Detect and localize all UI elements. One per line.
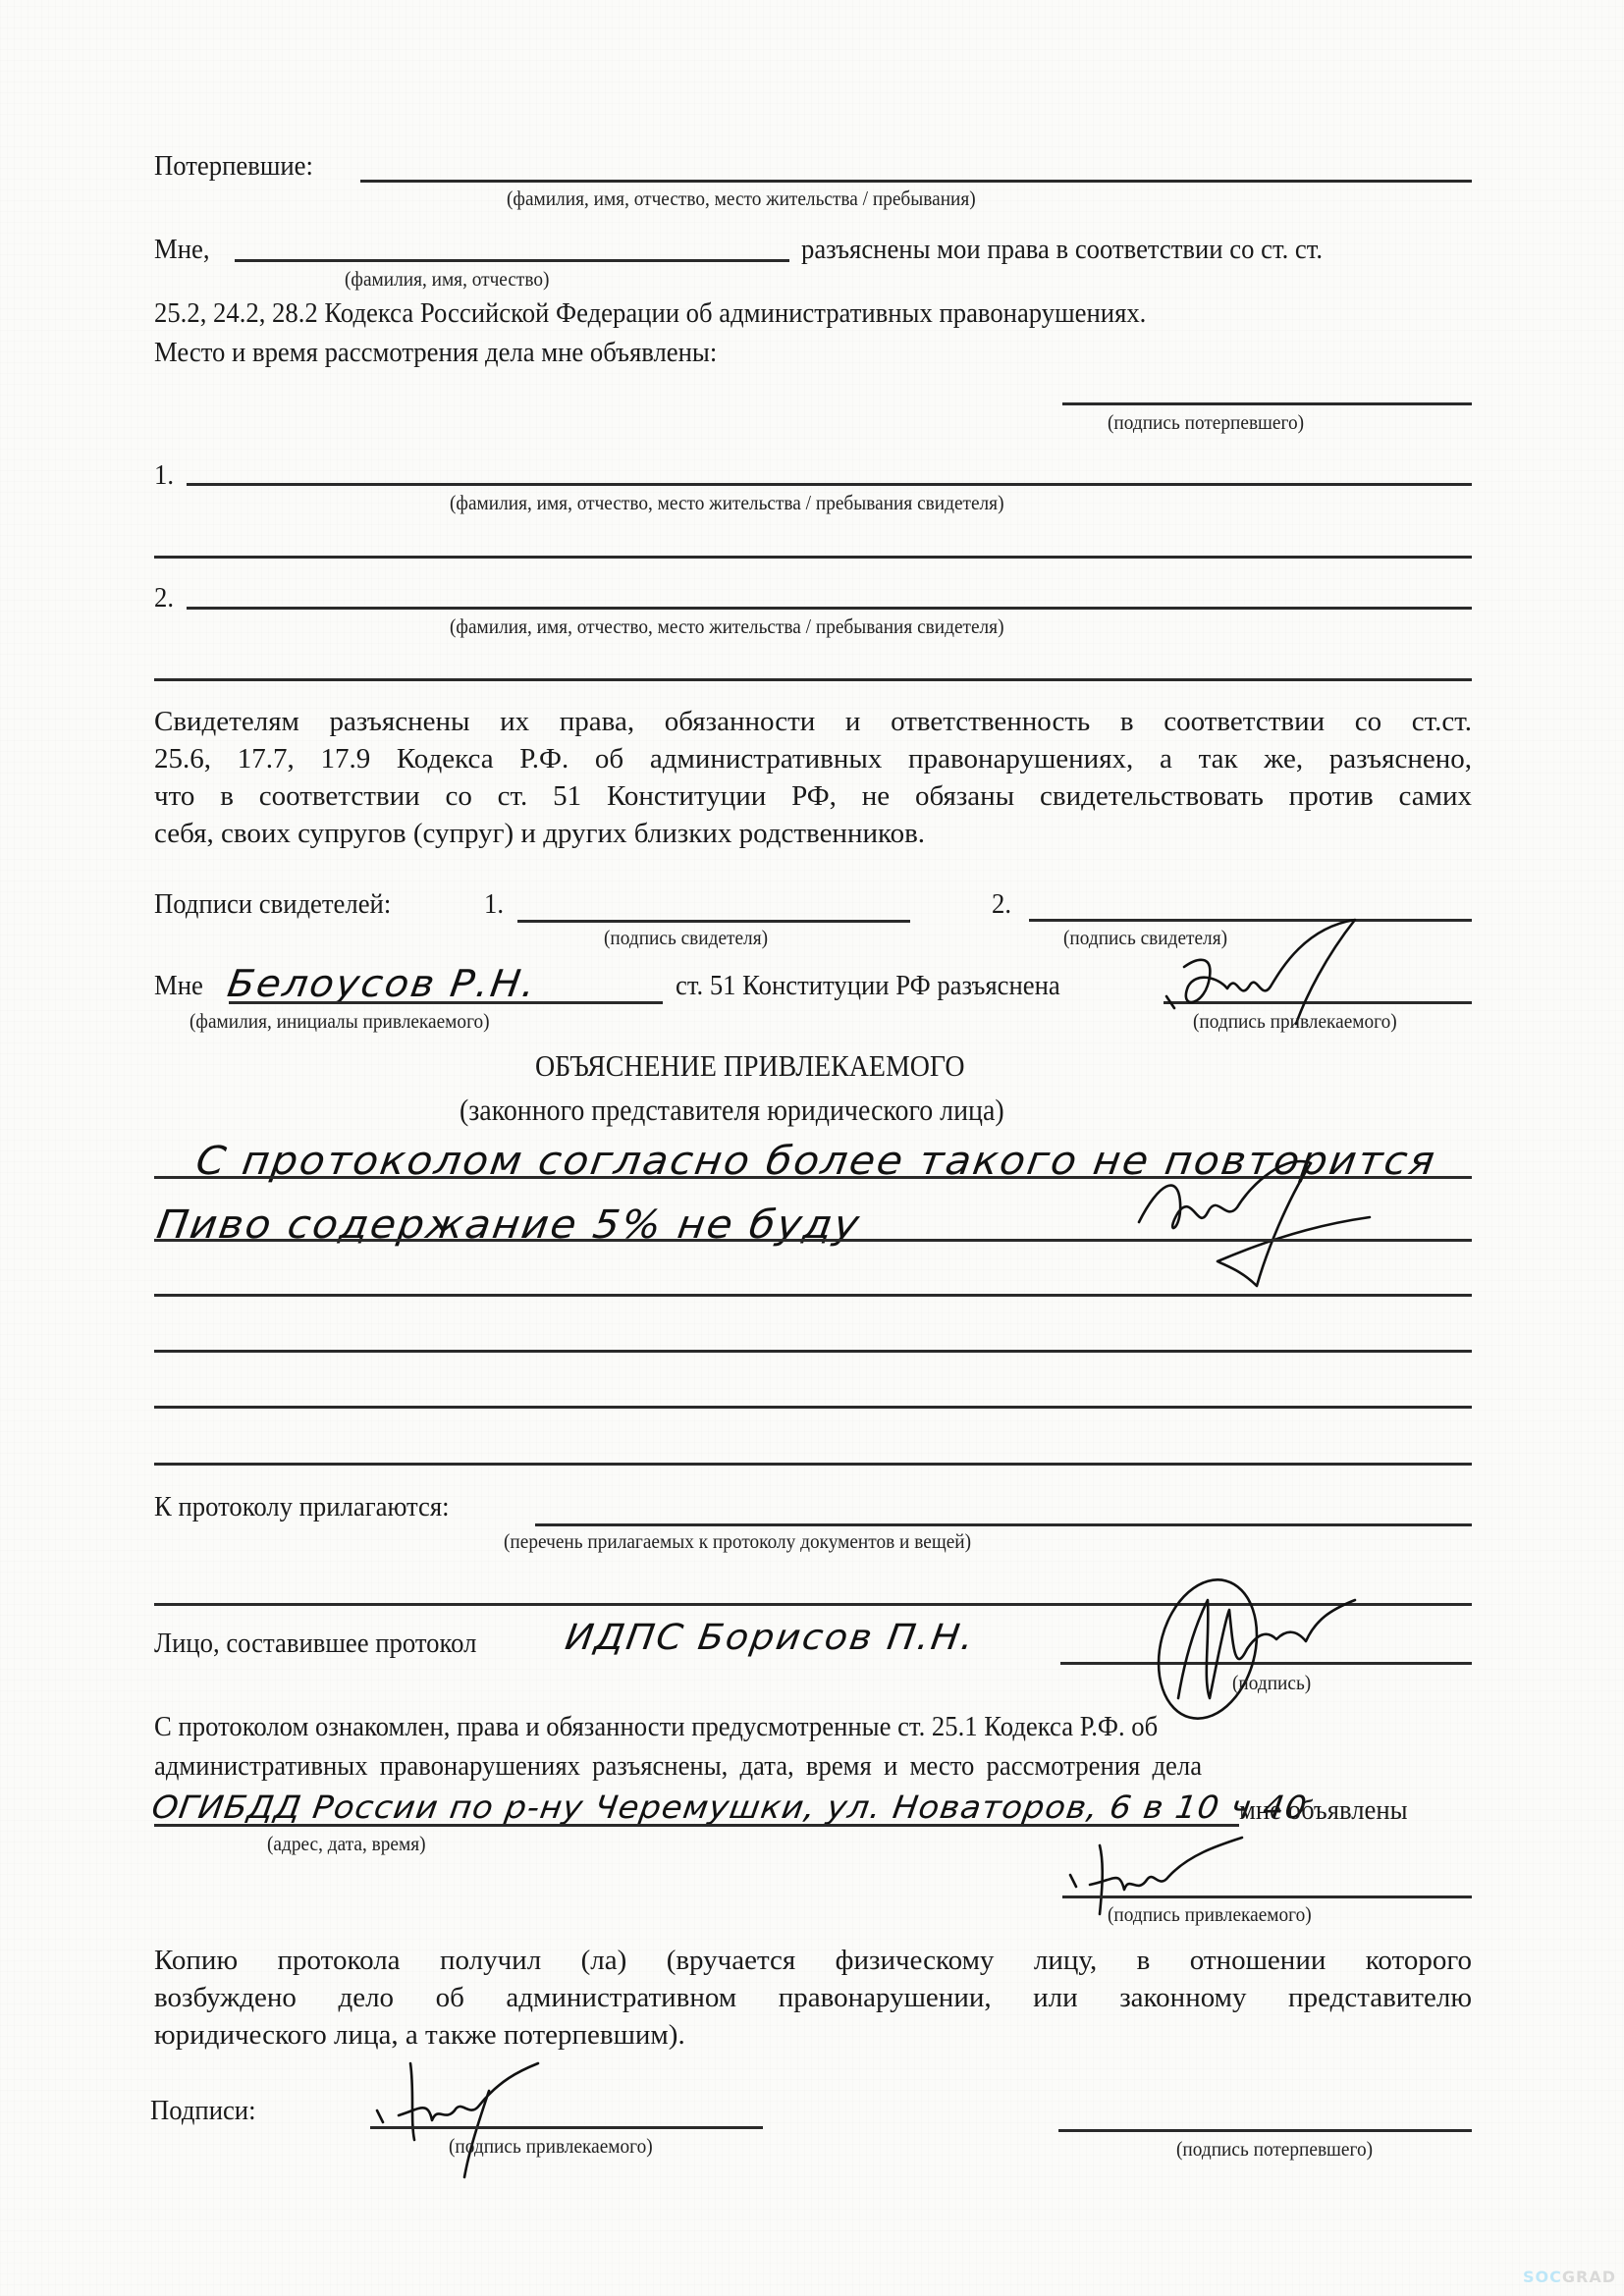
- accused-name-handwritten: Белоусов Р.Н.: [225, 962, 540, 1005]
- hearing-address-caption: (адрес, дата, время): [267, 1834, 426, 1854]
- witness-rights-line-2: 25.6, 17.7, 17.9 Кодекса Р.Ф. об админис…: [154, 740, 1472, 777]
- accused-name-field[interactable]: [229, 1001, 663, 1004]
- hearing-address-field[interactable]: [154, 1824, 1239, 1827]
- article51-prefix: Мне: [154, 972, 203, 1000]
- explanation-signature-icon: [1139, 1163, 1375, 1301]
- article51-text: ст. 51 Конституции РФ разъяснена: [676, 972, 1060, 1000]
- witness-2-number: 2.: [154, 584, 174, 613]
- accused-name-caption: (фамилия, инициалы привлекаемого): [189, 1011, 490, 1032]
- victims-caption: (фамилия, имя, отчество, место жительств…: [507, 188, 976, 209]
- victim-signature-caption: (подпись потерпевшего): [1108, 412, 1304, 433]
- victims-label: Потерпевшие:: [154, 152, 313, 181]
- witness-signature-1-caption: (подпись свидетеля): [604, 928, 768, 948]
- final-signatures-label: Подписи:: [150, 2097, 256, 2125]
- hearing-address-handwritten: ОГИБДД России по р-ну Черемушки, ул. Нов…: [149, 1789, 1310, 1826]
- witness-2-field[interactable]: [187, 607, 1472, 610]
- compiler-label: Лицо, составившее протокол: [154, 1629, 476, 1658]
- victim-final-signature-caption: (подпись потерпевшего): [1176, 2139, 1373, 2160]
- explanation-line-6[interactable]: [154, 1463, 1472, 1466]
- explanation-line-4[interactable]: [154, 1350, 1472, 1353]
- acknowledgement-suffix: мне объявлены: [1239, 1796, 1408, 1825]
- watermark-part-1: SOC: [1523, 2268, 1562, 2286]
- accused-signature-2-caption: (подпись привлекаемого): [1108, 1904, 1312, 1925]
- witness-1-number: 1.: [154, 461, 174, 490]
- copy-received-paragraph: Копию протокола получил (ла) (вручается …: [154, 1942, 1472, 2054]
- witness-signature-1-field[interactable]: [517, 920, 910, 923]
- witness-2-field-continued[interactable]: [154, 678, 1472, 681]
- witness-signatures-label: Подписи свидетелей:: [154, 890, 391, 919]
- accused-final-signature-field[interactable]: [370, 2126, 763, 2129]
- compiler-handwritten: ИДПС Борисов П.Н.: [563, 1618, 978, 1658]
- compiler-signature-icon: [1149, 1580, 1375, 1728]
- rights-suffix: разъяснены мои права в соответствии со с…: [801, 236, 1323, 264]
- witness-rights-line-3: что в соответствии со ст. 51 Конституции…: [154, 777, 1472, 815]
- rights-line3: Место и время рассмотрения дела мне объя…: [154, 339, 717, 367]
- acknowledgement-line-2: административных правонарушениях разъясн…: [154, 1752, 1473, 1781]
- accused-final-signature-icon: [371, 2061, 548, 2179]
- accused-signature-field-2[interactable]: [1062, 1896, 1472, 1898]
- explanation-line-3[interactable]: [154, 1294, 1472, 1297]
- victim-final-signature-field[interactable]: [1058, 2129, 1472, 2132]
- rights-line2: 25.2, 24.2, 28.2 Кодекса Российской Феде…: [154, 299, 1146, 328]
- victim-name-caption: (фамилия, имя, отчество): [345, 269, 549, 290]
- attachments-field[interactable]: [535, 1523, 1472, 1526]
- witness-rights-paragraph: Свидетелям разъяснены их права, обязанно…: [154, 703, 1472, 852]
- copy-received-line-1: Копию протокола получил (ла) (вручается …: [154, 1942, 1472, 1979]
- witness-signature-2-number: 2.: [992, 890, 1011, 919]
- acknowledgement-line-1: С протоколом ознакомлен, права и обязанн…: [154, 1713, 1473, 1741]
- witness-2-caption: (фамилия, имя, отчество, место жительств…: [450, 616, 1004, 637]
- explanation-subtitle: (законного представителя юридического ли…: [460, 1095, 1004, 1125]
- scanned-document-page: Потерпевшие: (фамилия, имя, отчество, ме…: [0, 0, 1624, 2296]
- rights-prefix: Мне,: [154, 236, 210, 264]
- attachments-caption: (перечень прилагаемых к протоколу докуме…: [504, 1531, 971, 1552]
- explanation-line-2[interactable]: [154, 1239, 1472, 1242]
- witness-1-caption: (фамилия, имя, отчество, место жительств…: [450, 493, 1004, 513]
- explanation-title: ОБЪЯСНЕНИЕ ПРИВЛЕКАЕМОГО: [535, 1050, 965, 1081]
- witness-1-field-continued[interactable]: [154, 556, 1472, 559]
- victim-signature-field[interactable]: [1062, 402, 1472, 405]
- victim-name-field[interactable]: [235, 259, 789, 262]
- witness-1-field[interactable]: [187, 483, 1472, 486]
- accused-final-signature-caption: (подпись привлекаемого): [449, 2136, 653, 2157]
- watermark-logo: SOCGRAD: [1523, 2268, 1616, 2286]
- victims-field[interactable]: [360, 180, 1472, 183]
- watermark-part-2: GRAD: [1562, 2268, 1616, 2286]
- copy-received-line-3: юридического лица, а также потерпевшим).: [154, 2016, 1472, 2054]
- attachments-label: К протоколу прилагаются:: [154, 1493, 450, 1522]
- compiler-signature-caption: (подпись): [1232, 1673, 1311, 1693]
- copy-received-line-2: возбуждено дело об административном прав…: [154, 1979, 1472, 2016]
- witness-signature-1-number: 1.: [484, 890, 504, 919]
- witness-rights-line-1: Свидетелям разъяснены их права, обязанно…: [154, 703, 1472, 740]
- accused-signature-1-caption: (подпись привлекаемого): [1193, 1011, 1397, 1032]
- explanation-line-5[interactable]: [154, 1406, 1472, 1409]
- witness-rights-line-4: себя, своих супругов (супруг) и других б…: [154, 815, 1472, 852]
